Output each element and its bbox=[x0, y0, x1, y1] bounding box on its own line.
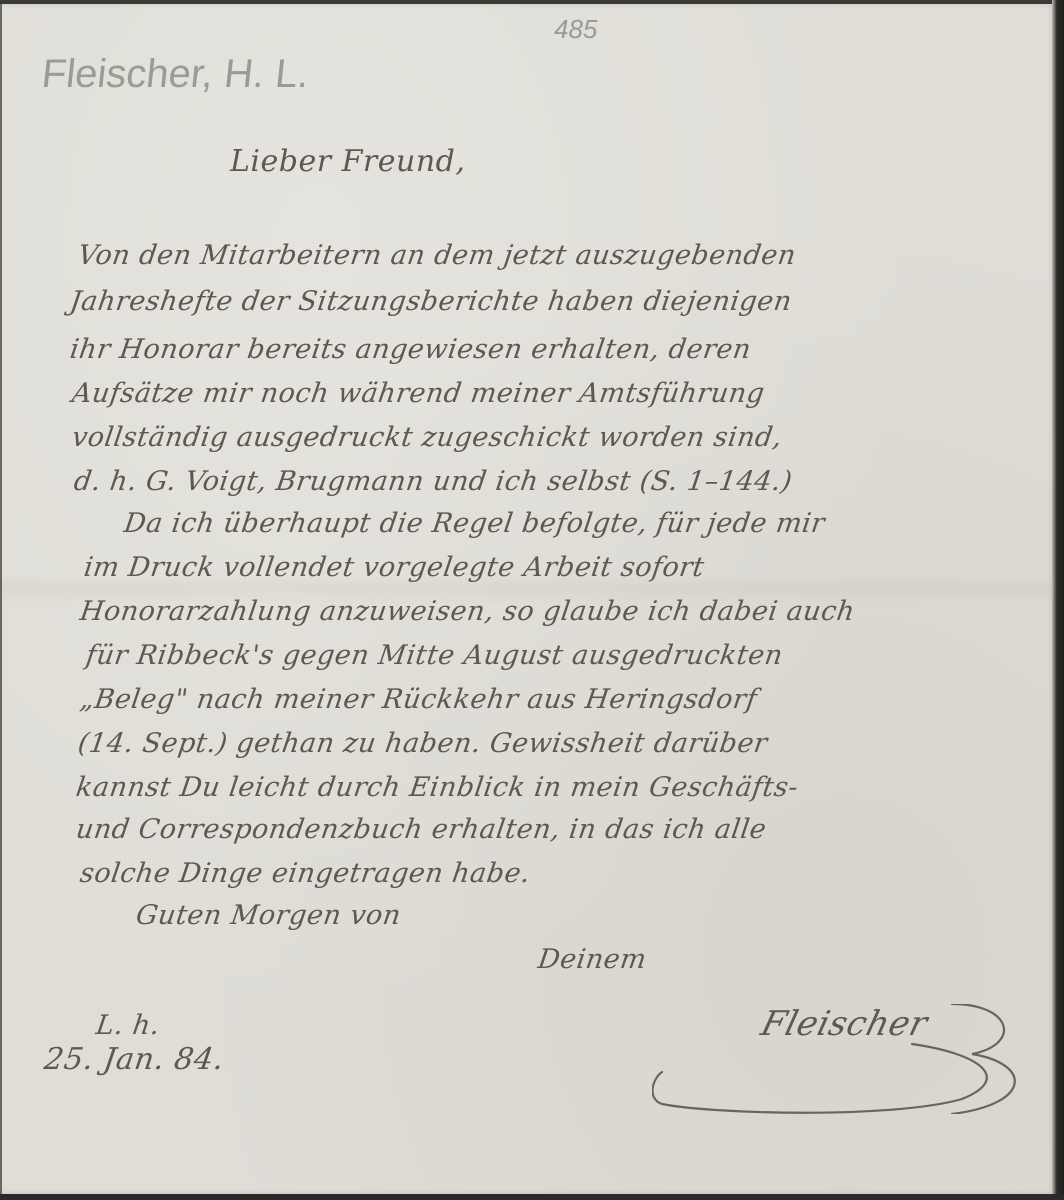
letter-date: 25. Jan. 84. bbox=[42, 1042, 226, 1077]
body-line: Aufsätze mir noch während meiner Amtsfüh… bbox=[70, 378, 767, 409]
scan-edge-bottom bbox=[0, 1194, 1064, 1200]
body-line: vollständig ausgedruckt zugeschickt word… bbox=[70, 422, 784, 453]
body-line: d. h. G. Voigt, Brugmann und ich selbst … bbox=[72, 466, 794, 497]
letter-page: Fleischer, H. L. 485 Lieber Freund, Von … bbox=[0, 4, 1056, 1194]
body-line: ihr Honorar bereits angewiesen erhalten,… bbox=[68, 334, 753, 365]
closing-possessive: Deinem bbox=[536, 944, 649, 975]
body-line: Honorarzahlung anzuweisen, so glaube ich… bbox=[78, 596, 857, 627]
closing-greeting: Guten Morgen von bbox=[134, 900, 403, 931]
body-line: (14. Sept.) gethan zu haben. Gewissheit … bbox=[76, 728, 770, 759]
body-line: und Correspondenzbuch erhalten, in das i… bbox=[74, 814, 769, 845]
folio-number: 485 bbox=[554, 14, 597, 45]
body-line: Jahreshefte der Sitzungsberichte haben d… bbox=[68, 286, 794, 317]
body-line: Von den Mitarbeitern an dem jetzt auszug… bbox=[76, 240, 798, 271]
body-line: „Beleg" nach meiner Rückkehr aus Herings… bbox=[78, 684, 759, 715]
body-line: solche Dinge eingetragen habe. bbox=[78, 858, 532, 889]
place-abbreviation: L. h. bbox=[94, 1010, 162, 1041]
scan-edge-right bbox=[1052, 0, 1064, 1200]
body-line: Da ich überhaupt die Regel befolgte, für… bbox=[122, 508, 827, 539]
body-line: für Ribbeck's gegen Mitte August ausgedr… bbox=[84, 640, 785, 671]
signature-flourish bbox=[652, 1004, 1032, 1114]
salutation: Lieber Freund, bbox=[230, 144, 465, 179]
body-line: kannst Du leicht durch Einblick in mein … bbox=[74, 772, 800, 803]
body-line: im Druck vollendet vorgelegte Arbeit sof… bbox=[82, 552, 706, 583]
archive-name-annotation: Fleischer, H. L. bbox=[40, 52, 311, 97]
